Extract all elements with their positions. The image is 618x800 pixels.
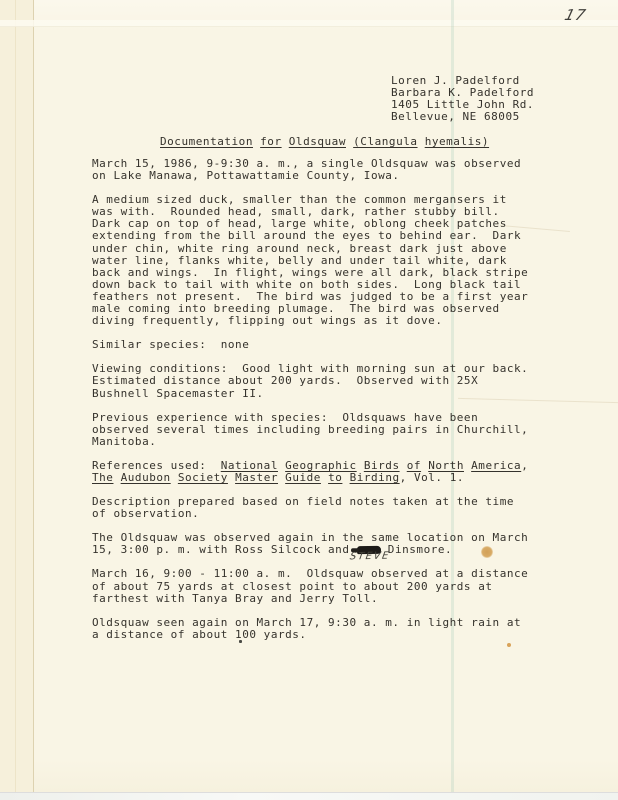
text-segment: References used: — [92, 459, 221, 472]
text-segment — [171, 471, 178, 484]
text-line: farthest with Tanya Bray and Jerry Toll. — [92, 593, 562, 605]
text-segment — [113, 471, 120, 484]
paper-crease-top — [0, 20, 618, 27]
underlined-reference-word: to — [328, 471, 342, 484]
scanner-bottom-edge — [0, 792, 618, 800]
text-line: on Lake Manawa, Pottawattamie County, Io… — [92, 170, 562, 182]
paragraph-viewing-conditions: Viewing conditions: Good light with morn… — [92, 363, 562, 399]
underlined-reference-word: North — [428, 459, 464, 472]
underlined-reference-word: Birding — [350, 471, 400, 484]
paragraph-march-17-observation: Oldsquaw seen again on March 17, 9:30 a.… — [92, 617, 562, 641]
text-segment: 15, 3:00 p. m. with Ross Silcock and — [92, 543, 357, 556]
underlined-reference-word: Master — [235, 471, 278, 484]
paragraph-march-16-observation: March 16, 9:00 - 11:00 a. m. Oldsquaw ob… — [92, 568, 562, 604]
sender-line: Bellevue, NE 68005 — [391, 111, 534, 123]
underlying-page-edge — [0, 0, 34, 792]
text-line: Oldsquaw seen again on March 17, 9:30 a.… — [92, 617, 562, 629]
paper-speck-dark — [239, 640, 242, 643]
document-body: March 15, 1986, 9-9:30 a. m., a single O… — [92, 158, 562, 653]
text-segment: , Vol. 1. — [400, 471, 464, 484]
title-word: (Clangula — [353, 135, 417, 148]
text-line: water line, flanks white, belly and unde… — [92, 255, 562, 267]
paper-stain-dot — [481, 546, 493, 558]
text-line: of about 75 yards at closest point to ab… — [92, 581, 562, 593]
text-line: Estimated distance about 200 yards. Obse… — [92, 375, 562, 387]
title-word: Documentation — [160, 135, 253, 148]
paper-speck-orange — [507, 643, 511, 647]
text-line: diving frequently, flipping out wings as… — [92, 315, 562, 327]
text-line: March 16, 9:00 - 11:00 a. m. Oldsquaw ob… — [92, 568, 562, 580]
title-word: for — [260, 135, 281, 148]
text-line: observed several times including breedin… — [92, 424, 562, 436]
text-segment: Dinsmore. — [381, 543, 453, 556]
paragraph-similar-species: Similar species: none — [92, 339, 562, 351]
text-line: The Audubon Society Master Guide to Bird… — [92, 472, 562, 484]
underlined-reference-word: Society — [178, 471, 228, 484]
handwritten-correction: STEVE — [349, 551, 391, 563]
paragraph-references: References used: National Geographic Bir… — [92, 460, 562, 484]
scanned-document-page: 17 Loren J. PadelfordBarbara K. Padelfor… — [0, 0, 618, 800]
title-word: hyemalis) — [425, 135, 489, 148]
text-segment — [400, 459, 407, 472]
sender-address-block: Loren J. PadelfordBarbara K. Padelford14… — [391, 75, 534, 123]
underlined-reference-word: America — [471, 459, 521, 472]
underlined-reference-word: National — [221, 459, 278, 472]
underlined-reference-word: of — [407, 459, 421, 472]
text-line: Similar species: none — [92, 339, 562, 351]
text-line: a distance of about 100 yards. — [92, 629, 562, 641]
paragraph-first-observation: March 15, 1986, 9-9:30 a. m., a single O… — [92, 158, 562, 182]
text-line: Previous experience with species: Oldsqu… — [92, 412, 562, 424]
underlined-reference-word: Audubon — [121, 471, 171, 484]
text-line: Manitoba. — [92, 436, 562, 448]
text-line: extending from the bill around the eyes … — [92, 230, 562, 242]
underlined-reference-word: Guide — [285, 471, 321, 484]
paragraph-field-notes-statement: Description prepared based on field note… — [92, 496, 562, 520]
title-word: Oldsquaw — [289, 135, 346, 148]
text-segment — [342, 471, 349, 484]
document-title: Documentation for Oldsquaw (Clangula hye… — [160, 136, 489, 148]
text-line: Bushnell Spacemaster II. — [92, 388, 562, 400]
text-segment: , — [521, 459, 528, 472]
underlined-reference-word: Birds — [364, 459, 400, 472]
handwritten-page-number: 17 — [563, 6, 589, 24]
underlined-reference-word: Geographic — [285, 459, 357, 472]
paragraph-previous-experience: Previous experience with species: Oldsqu… — [92, 412, 562, 448]
text-line: under chin, white ring around neck, brea… — [92, 243, 562, 255]
page-edge-line — [15, 0, 16, 792]
underlined-reference-word: The — [92, 471, 113, 484]
paragraph-bird-description: A medium sized duck, smaller than the co… — [92, 194, 562, 327]
text-segment — [357, 459, 364, 472]
text-line: of observation. — [92, 508, 562, 520]
